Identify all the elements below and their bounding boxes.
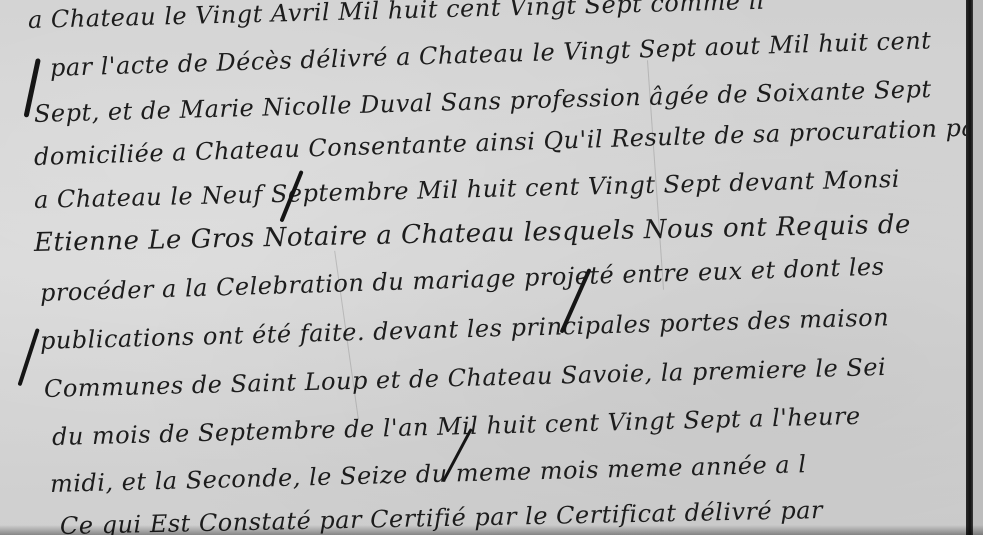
document-scan: a Chateau le Vingt Avril Mil huit cent V… bbox=[0, 0, 983, 535]
handwritten-line-7: procéder a la Celebration du mariage pro… bbox=[40, 252, 885, 307]
handwritten-line-10: du mois de Septembre de l'an Mil huit ce… bbox=[52, 402, 861, 451]
handwritten-line-11: midi, et la Seconde, le Seize du meme mo… bbox=[50, 450, 807, 498]
page-binding-edge bbox=[966, 0, 973, 535]
handwritten-line-6: Etienne Le Gros Notaire a Chateau lesque… bbox=[34, 210, 911, 258]
ink-flourish-stroke bbox=[17, 328, 39, 386]
handwritten-line-5: a Chateau le Neuf Septembre Mil huit cen… bbox=[34, 165, 901, 214]
handwritten-line-8: publications ont été faite. devant les p… bbox=[40, 303, 890, 355]
handwritten-line-2: par l'acte de Décès délivré a Chateau le… bbox=[50, 26, 932, 82]
handwritten-line-1: a Chateau le Vingt Avril Mil huit cent V… bbox=[28, 0, 766, 34]
handwritten-line-9: Communes de Saint Loup et de Chateau Sav… bbox=[44, 353, 887, 403]
scan-bottom-shadow bbox=[0, 525, 983, 535]
page-outer-edge bbox=[973, 0, 983, 535]
